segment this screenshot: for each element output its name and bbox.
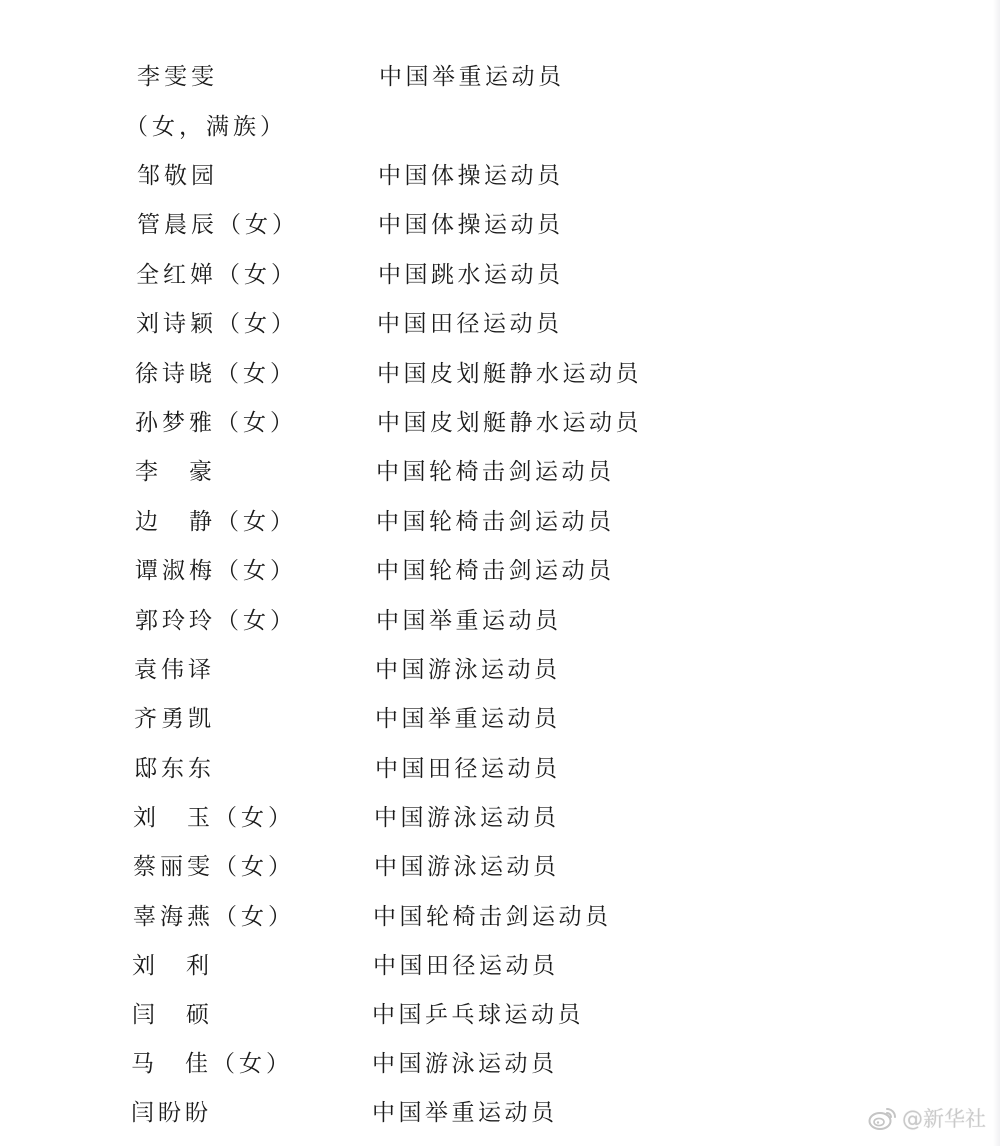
- list-item: 邹敬园 中国体操运动员: [137, 158, 837, 194]
- athlete-role: 中国举重运动员: [375, 701, 561, 737]
- athlete-role: 中国举重运动员: [376, 603, 562, 639]
- athlete-role: 中国游泳运动员: [375, 652, 561, 688]
- list-item: 管晨辰（女） 中国体操运动员: [137, 207, 837, 243]
- athlete-name: 马 佳（女）: [131, 1046, 293, 1082]
- athlete-name: 全红婵（女）: [136, 257, 298, 293]
- athlete-name: 郭玲玲（女）: [135, 603, 297, 639]
- weibo-watermark: @新华社: [868, 1100, 986, 1136]
- athlete-name: 徐诗晓（女）: [135, 356, 297, 392]
- list-item: 刘 玉（女） 中国游泳运动员: [133, 800, 833, 836]
- list-item: 齐勇凯 中国举重运动员: [134, 701, 834, 737]
- athlete-name: 管晨辰（女）: [137, 207, 299, 243]
- list-item: 李 豪 中国轮椅击剑运动员: [135, 454, 835, 490]
- athlete-name: 刘 利: [132, 948, 213, 984]
- list-item: 全红婵（女） 中国跳水运动员: [136, 257, 836, 293]
- athlete-role: 中国轮椅击剑运动员: [376, 504, 615, 540]
- list-item: 邸东东 中国田径运动员: [134, 751, 834, 787]
- list-item: 辜海燕（女） 中国轮椅击剑运动员: [133, 899, 833, 935]
- list-item: 郭玲玲（女） 中国举重运动员: [135, 603, 835, 639]
- list-item: 马 佳（女） 中国游泳运动员: [131, 1046, 831, 1082]
- athlete-name: 蔡丽雯（女）: [133, 849, 295, 885]
- athlete-role: 中国田径运动员: [373, 948, 559, 984]
- athlete-name: （女，满族）: [125, 109, 287, 145]
- weibo-icon: [868, 1105, 898, 1131]
- list-item: 蔡丽雯（女） 中国游泳运动员: [133, 849, 833, 885]
- athlete-role: 中国举重运动员: [372, 1095, 558, 1131]
- page-edge-shadow: [993, 0, 1000, 1146]
- athlete-name: 齐勇凯: [134, 701, 215, 737]
- athlete-name: 闫 硕: [132, 997, 213, 1033]
- athlete-role: 中国游泳运动员: [372, 1046, 558, 1082]
- athlete-role: 中国皮划艇静水运动员: [377, 356, 642, 392]
- list-item: 徐诗晓（女） 中国皮划艇静水运动员: [135, 356, 835, 392]
- athlete-role: 中国乒乓球运动员: [372, 997, 584, 1033]
- athlete-role: 中国轮椅击剑运动员: [376, 553, 615, 589]
- athlete-name: 辜海燕（女）: [133, 899, 295, 935]
- list-item: 闫盼盼 中国举重运动员: [131, 1095, 831, 1131]
- athlete-name: 刘 玉（女）: [133, 800, 295, 836]
- list-item: 孙梦雅（女） 中国皮划艇静水运动员: [135, 405, 835, 441]
- athlete-role: 中国轮椅击剑运动员: [376, 454, 615, 490]
- athlete-role: 中国举重运动员: [379, 59, 565, 95]
- athlete-name: 孙梦雅（女）: [135, 405, 297, 441]
- list-item: 边 静（女） 中国轮椅击剑运动员: [135, 504, 835, 540]
- watermark-text: @新华社: [902, 1103, 986, 1133]
- athlete-role: 中国游泳运动员: [374, 849, 560, 885]
- athlete-name: 刘诗颖（女）: [136, 306, 298, 342]
- list-item: 袁伟译 中国游泳运动员: [134, 652, 834, 688]
- athlete-name: 闫盼盼: [131, 1095, 212, 1131]
- athlete-role: 中国体操运动员: [378, 207, 564, 243]
- athlete-name: 谭淑梅（女）: [135, 553, 297, 589]
- athlete-role: 中国跳水运动员: [378, 257, 564, 293]
- list-item: 闫 硕 中国乒乓球运动员: [132, 997, 832, 1033]
- athlete-name: 李 豪: [135, 454, 216, 490]
- list-item: 李雯雯 中国举重运动员: [137, 59, 837, 95]
- athlete-role: 中国田径运动员: [377, 306, 563, 342]
- athlete-role: 中国游泳运动员: [374, 800, 560, 836]
- document-page: 李雯雯 中国举重运动员 （女，满族） 邹敬园 中国体操运动员 管晨辰（女） 中国…: [0, 0, 993, 1146]
- athlete-name: 袁伟译: [134, 652, 215, 688]
- athlete-name: 李雯雯: [137, 59, 218, 95]
- athlete-role: 中国田径运动员: [375, 751, 561, 787]
- list-item: 刘 利 中国田径运动员: [132, 948, 832, 984]
- athlete-role: 中国轮椅击剑运动员: [373, 899, 612, 935]
- list-item: 刘诗颖（女） 中国田径运动员: [136, 306, 836, 342]
- list-item: （女，满族）: [133, 109, 833, 145]
- athlete-role: 中国皮划艇静水运动员: [377, 405, 642, 441]
- athlete-name: 邸东东: [134, 751, 215, 787]
- athlete-name: 邹敬园: [137, 158, 218, 194]
- athlete-role: 中国体操运动员: [378, 158, 564, 194]
- athlete-name: 边 静（女）: [135, 504, 297, 540]
- list-item: 谭淑梅（女） 中国轮椅击剑运动员: [135, 553, 835, 589]
